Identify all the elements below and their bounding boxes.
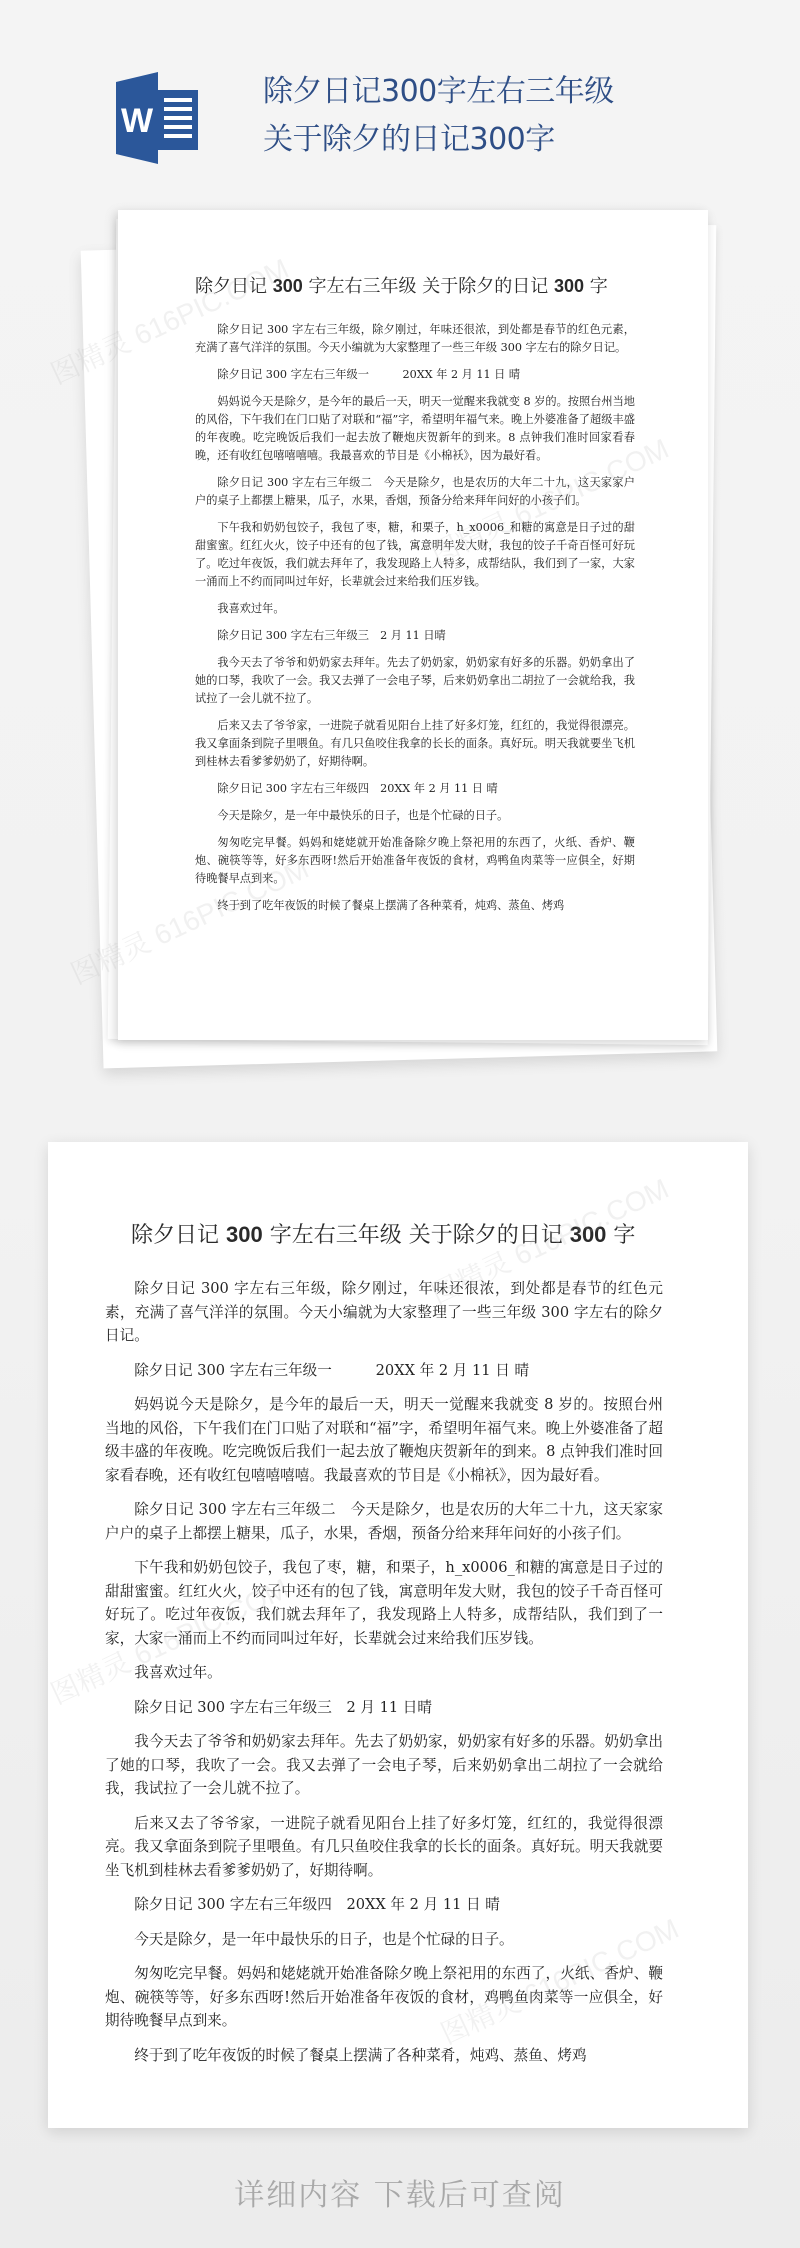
paragraph: 我今天去了爷爷和奶奶家去拜年。先去了奶奶家，奶奶家有好多的乐器。奶奶拿出了她的口… xyxy=(195,654,635,708)
paragraph: 下午我和奶奶包饺子，我包了枣，糖，和栗子，h_x0006_和糖的寓意是日子过的甜… xyxy=(195,519,635,591)
section-heading-1: 除夕日记 300 字左右三年级一 20XX 年 2 月 11 日 晴 xyxy=(105,1359,663,1383)
paragraph: 后来又去了爷爷家，一进院子就看见阳台上挂了好多灯笼，红红的，我觉得很漂亮。我又拿… xyxy=(195,717,635,771)
section-heading-3: 除夕日记 300 字左右三年级三 2 月 11 日晴 xyxy=(105,1696,663,1720)
paragraph: 妈妈说今天是除夕，是今年的最后一天，明天一觉醒来我就变 8 岁的。按照台州当地的… xyxy=(105,1393,663,1487)
document-preview-large-content: 除夕日记 300 字左右三年级 关于除夕的日记 300 字 除夕日记 300 字… xyxy=(105,1220,663,2078)
page-header: W 除夕日记300字左右三年级 关于除夕的日记300字 xyxy=(0,0,800,180)
word-document-icon: W xyxy=(110,70,210,166)
page-title: 除夕日记300字左右三年级 关于除夕的日记300字 xyxy=(263,68,614,164)
paragraph: 终于到了吃年夜饭的时候了餐桌上摆满了各种菜肴，炖鸡、蒸鱼、烤鸡 xyxy=(195,897,635,915)
document-title: 除夕日记 300 字左右三年级 关于除夕的日记 300 字 xyxy=(195,274,635,299)
section-heading-1: 除夕日记 300 字左右三年级一 20XX 年 2 月 11 日 晴 xyxy=(195,366,635,384)
paragraph: 除夕日记 300 字左右三年级二 今天是除夕，也是农历的大年二十九，这天家家户户… xyxy=(195,474,635,510)
paragraph: 今天是除夕，是一年中最快乐的日子，也是个忙碌的日子。 xyxy=(105,1928,663,1952)
paragraph: 我喜欢过年。 xyxy=(105,1661,663,1685)
section-heading-4: 除夕日记 300 字左右三年级四 20XX 年 2 月 11 日 晴 xyxy=(105,1893,663,1917)
paragraph: 终于到了吃年夜饭的时候了餐桌上摆满了各种菜肴，炖鸡、蒸鱼、烤鸡 xyxy=(105,2044,663,2068)
page-title-line-2: 关于除夕的日记300字 xyxy=(263,116,614,164)
download-to-view-cta[interactable]: 详细内容 下载后可查阅 xyxy=(0,2170,800,2214)
paragraph: 妈妈说今天是除夕，是今年的最后一天，明天一觉醒来我就变 8 岁的。按照台州当地的… xyxy=(195,393,635,465)
paragraph-intro: 除夕日记 300 字左右三年级，除夕刚过，年味还很浓，到处都是春节的红色元素，充… xyxy=(195,321,635,357)
paragraph: 后来又去了爷爷家，一进院子就看见阳台上挂了好多灯笼，红红的，我觉得很漂亮。我又拿… xyxy=(105,1812,663,1883)
svg-text:W: W xyxy=(121,102,154,140)
paragraph: 匆匆吃完早餐。妈妈和姥姥就开始准备除夕晚上祭祀用的东西了，火纸、香炉、鞭炮、碗筷… xyxy=(105,1962,663,2033)
paragraph: 匆匆吃完早餐。妈妈和姥姥就开始准备除夕晚上祭祀用的东西了，火纸、香炉、鞭炮、碗筷… xyxy=(195,834,635,888)
paragraph: 下午我和奶奶包饺子，我包了枣，糖，和栗子，h_x0006_和糖的寓意是日子过的甜… xyxy=(105,1556,663,1650)
paragraph: 今天是除夕，是一年中最快乐的日子，也是个忙碌的日子。 xyxy=(195,807,635,825)
section-heading-3: 除夕日记 300 字左右三年级三 2 月 11 日晴 xyxy=(195,627,635,645)
document-preview-small-content: 除夕日记 300 字左右三年级 关于除夕的日记 300 字 除夕日记 300 字… xyxy=(195,274,635,924)
section-heading-4: 除夕日记 300 字左右三年级四 20XX 年 2 月 11 日 晴 xyxy=(195,780,635,798)
paragraph-intro: 除夕日记 300 字左右三年级，除夕刚过，年味还很浓，到处都是春节的红色元素，充… xyxy=(105,1277,663,1348)
paragraph: 除夕日记 300 字左右三年级二 今天是除夕，也是农历的大年二十九，这天家家户户… xyxy=(105,1498,663,1545)
paragraph: 我今天去了爷爷和奶奶家去拜年。先去了奶奶家，奶奶家有好多的乐器。奶奶拿出了她的口… xyxy=(105,1730,663,1801)
document-title: 除夕日记 300 字左右三年级 关于除夕的日记 300 字 xyxy=(131,1220,663,1251)
paragraph: 我喜欢过年。 xyxy=(195,600,635,618)
page-title-line-1: 除夕日记300字左右三年级 xyxy=(263,68,614,116)
